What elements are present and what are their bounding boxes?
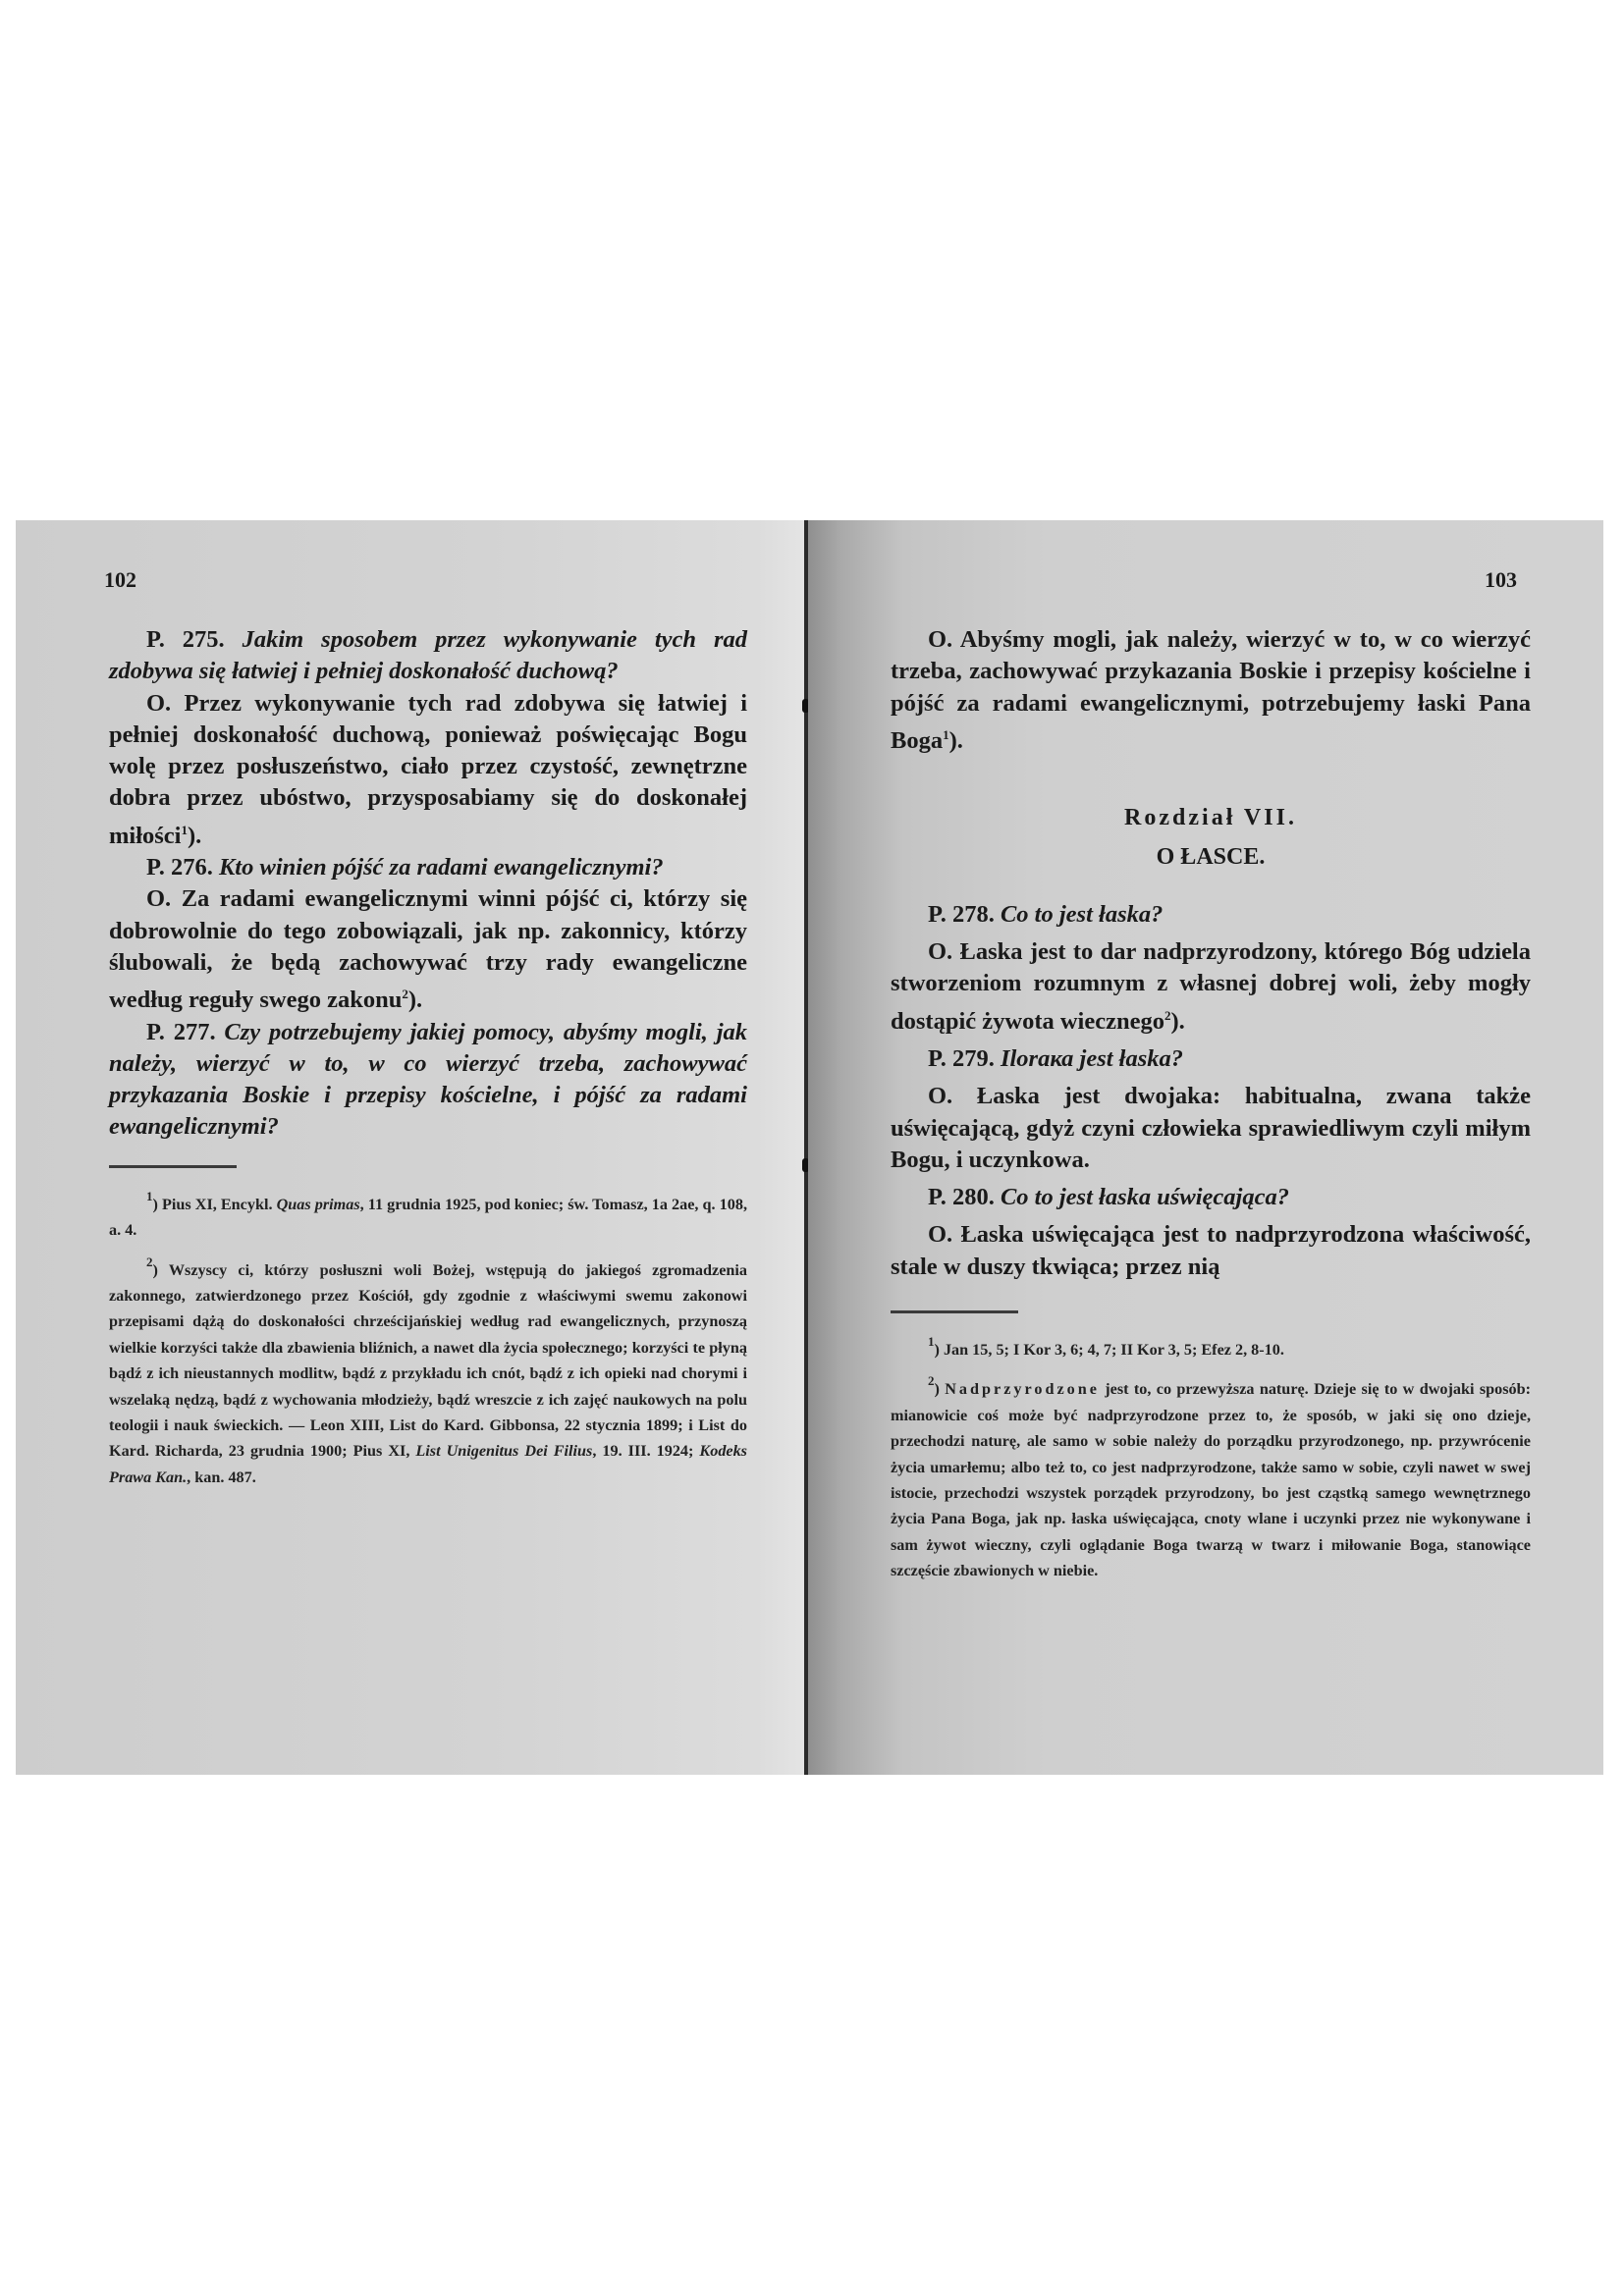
footnote: 1) Pius XI, Encykl. Quas primas, 11 grud… — [109, 1184, 747, 1244]
question-number: P. 279. — [928, 1045, 1001, 1072]
answer-marker: O. — [928, 1221, 960, 1248]
question-text: Kto winien pójść za radami ewangelicznym… — [219, 854, 664, 881]
footnote: 2) Wszyscy ci, którzy posłuszni woli Boż… — [109, 1250, 747, 1491]
chapter-title: O ŁASCE. — [891, 841, 1531, 873]
paragraph-list: P. 278. Co to jest łaska?O. Łaska jest t… — [891, 899, 1531, 1289]
answer-paragraph: O. Łaska uświęcająca jest to nadprzyrodz… — [891, 1219, 1531, 1283]
answer-text: Za radami ewangelicznymi winni pójść ci,… — [109, 885, 747, 1013]
question-paragraph: P. 280. Co to jest łaska uświęcająca? — [891, 1182, 1531, 1213]
footnote-text: , kan. 487. — [187, 1468, 256, 1486]
page-number: 102 — [104, 567, 136, 593]
chapter-label: Rozdział VII. — [891, 802, 1531, 833]
spacer — [891, 1283, 1531, 1289]
question-number: P. 277. — [146, 1019, 224, 1045]
book-scan: 102 P. 275. Jakim sposobem przez wykonyw… — [16, 520, 1603, 1775]
footnote-text: Quas primas — [277, 1196, 360, 1213]
paragraph-list: P. 275. Jakim sposobem przez wykonywanie… — [109, 624, 747, 1144]
question-text: Co to jest łaska uświęcająca? — [1001, 1184, 1289, 1210]
footnote-paren: ) — [153, 1196, 162, 1213]
answer-text: Łaska jest dwojaka: habitualna, zwana ta… — [891, 1083, 1531, 1173]
question-paragraph: P. 278. Co to jest łaska? — [891, 899, 1531, 931]
answer-marker: O. — [928, 1083, 977, 1109]
question-text: Co to jest łaska? — [1001, 901, 1163, 928]
answer-text: Łaska uświęcająca jest to nadprzyrodzona… — [891, 1221, 1531, 1279]
answer-marker: O. — [928, 938, 960, 965]
footnote-text: Wszyscy ci, którzy posłuszni woli Bożej,… — [109, 1261, 747, 1461]
footnote: 2) Nadprzyrodzone jest to, co przewyższa… — [891, 1368, 1531, 1583]
question-paragraph: P. 279. Ilorака jest łaska? — [891, 1043, 1531, 1075]
question-number: P. 278. — [928, 901, 1001, 928]
punctuation: ). — [1170, 1008, 1184, 1035]
answer-text: Przez wykonywanie tych rad zdobywa się ł… — [109, 690, 747, 849]
footnote-rule — [109, 1165, 237, 1168]
question-paragraph: P. 276. Kto winien pójść za radami ewang… — [109, 852, 747, 883]
answer-paragraph: O. Łaska jest to dar nadprzyrodzony, któ… — [891, 936, 1531, 1038]
question-number: P. 275. — [146, 626, 243, 653]
answer-text: Abyśmy mogli, jak należy, wierzyć w to, … — [891, 626, 1531, 754]
main-text: O. Abyśmy mogli, jak należy, wierzyć w t… — [891, 624, 1531, 1590]
footnote-text: Jan 15, 5; I Kor 3, 6; 4, 7; II Kor 3, 5… — [944, 1341, 1284, 1359]
answer-text: Łaska jest to dar nadprzyrodzony, któreg… — [891, 938, 1531, 1035]
punctuation: ). — [408, 987, 422, 1013]
question-text: Ilorака jest łaska? — [1001, 1045, 1183, 1072]
page-number: 103 — [1485, 567, 1517, 593]
footnote-text: jest to, co przewyższa naturę. Dzieje si… — [891, 1380, 1531, 1579]
footnote-text: , 19. III. 1924; — [592, 1442, 699, 1460]
question-paragraph: P. 277. Czy potrzebujemy jakiej pomocy, … — [109, 1017, 747, 1144]
question-paragraph: P. 275. Jakim sposobem przez wykonywanie… — [109, 624, 747, 688]
footnote-rule — [891, 1310, 1018, 1313]
footnote-text: List Unigenitus Dei Filius — [415, 1442, 592, 1460]
answer-paragraph: O. Przez wykonywanie tych rad zdobywa si… — [109, 688, 747, 852]
footnote: 1) Jan 15, 5; I Kor 3, 6; 4, 7; II Kor 3… — [891, 1329, 1531, 1362]
footnotes: 1) Jan 15, 5; I Kor 3, 6; 4, 7; II Kor 3… — [891, 1329, 1531, 1584]
footnote-text: Pius XI, Encykl. — [162, 1196, 277, 1213]
footnote-paren: ) — [935, 1341, 944, 1359]
left-page: 102 P. 275. Jakim sposobem przez wykonyw… — [16, 520, 804, 1775]
punctuation: ). — [188, 823, 201, 849]
footnote-paren: ) — [935, 1380, 946, 1398]
answer-paragraph: O. Abyśmy mogli, jak należy, wierzyć w t… — [891, 624, 1531, 757]
footnote-text: Nadprzyrodzone — [945, 1380, 1100, 1398]
answer-marker: O. — [146, 690, 184, 717]
footnote-paren: ) — [153, 1261, 169, 1279]
answer-marker: O. — [146, 885, 182, 912]
question-number: P. 280. — [928, 1184, 1001, 1210]
right-page: 103 O. Abyśmy mogli, jak należy, wierzyć… — [808, 520, 1603, 1775]
answer-paragraph: O. Łaska jest dwojaka: habitualna, zwana… — [891, 1081, 1531, 1176]
answer-paragraph: O. Za radami ewangelicznymi winni pójść … — [109, 883, 747, 1016]
footnotes: 1) Pius XI, Encykl. Quas primas, 11 grud… — [109, 1184, 747, 1490]
question-number: P. 276. — [146, 854, 219, 881]
main-text: P. 275. Jakim sposobem przez wykonywanie… — [109, 624, 747, 1496]
